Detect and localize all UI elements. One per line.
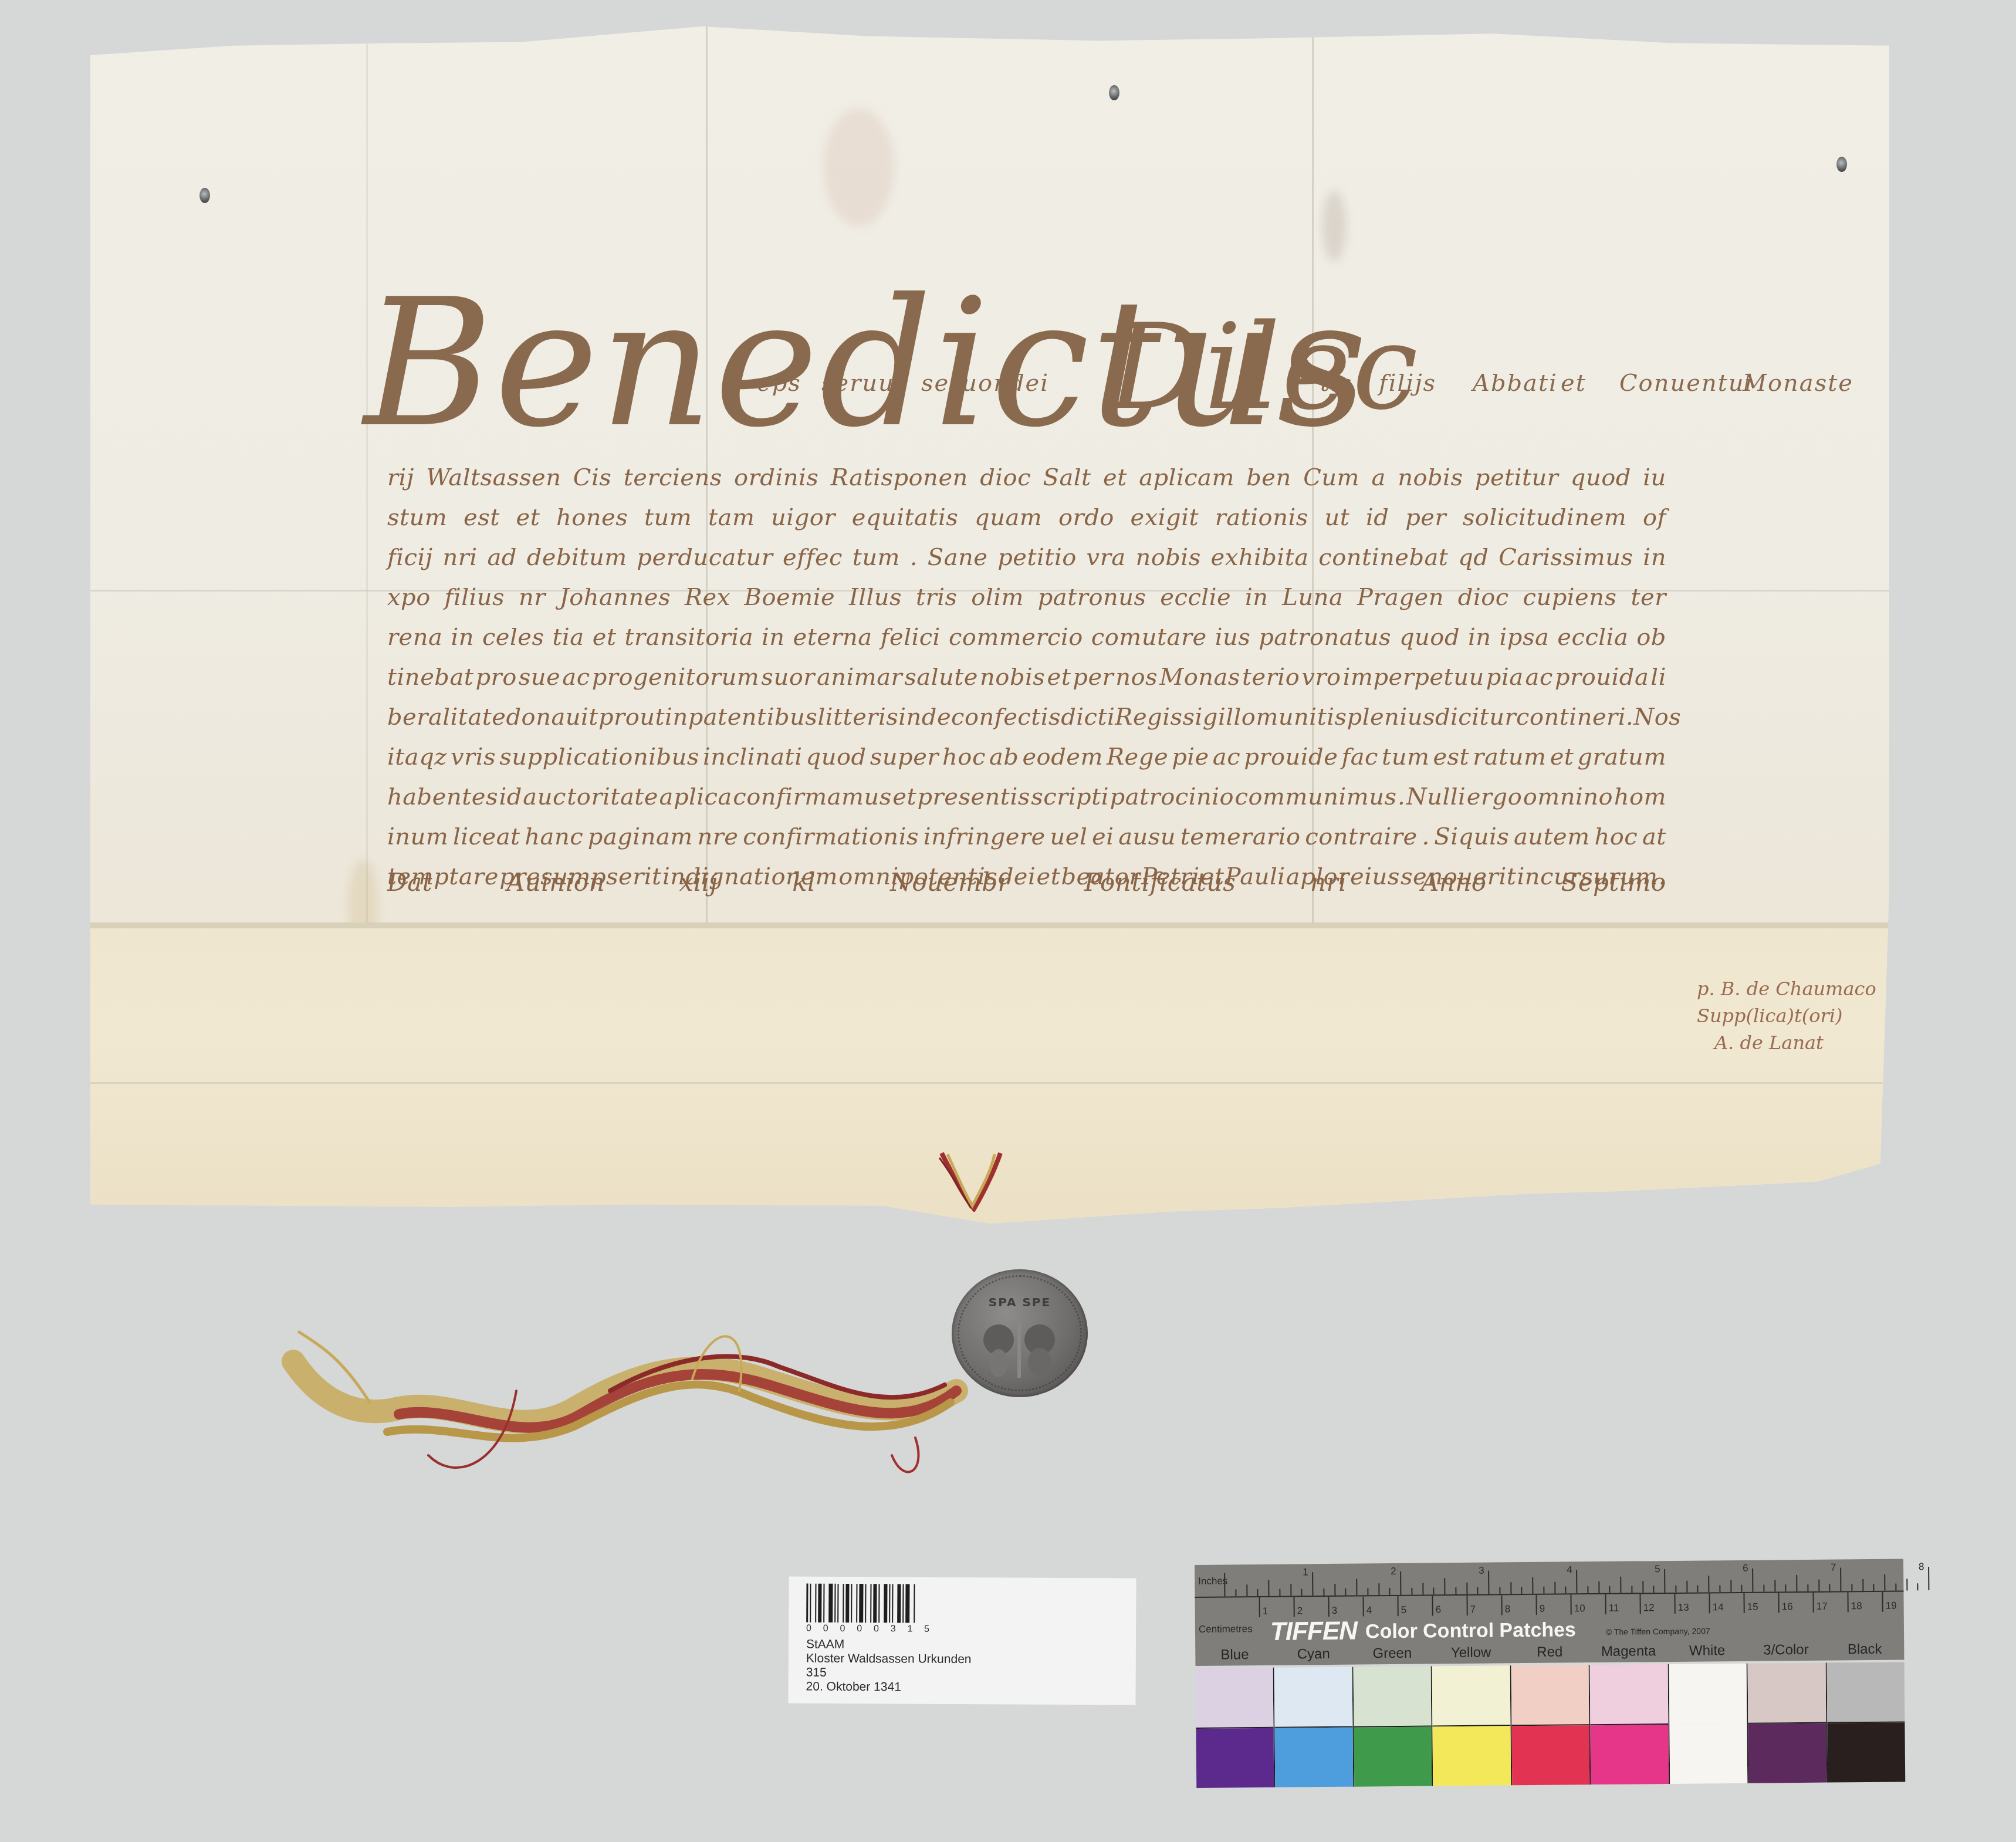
ruler-tick: [1709, 1593, 1710, 1613]
ruler-tick: [1785, 1584, 1787, 1591]
barcode-bar: [810, 1584, 811, 1623]
word: hanc: [525, 817, 583, 857]
word: fac: [1341, 737, 1378, 777]
lead-bulla-seal: SPA SPE: [952, 1269, 1088, 1397]
word: quam: [975, 498, 1042, 538]
word: xiij: [679, 863, 718, 903]
word: temerario: [1180, 817, 1301, 857]
word: ab: [989, 737, 1019, 777]
text-line: beralitatedonauitproutinpatentibuslitter…: [387, 697, 1666, 737]
word: comutare: [1091, 617, 1207, 657]
word: et: [1561, 370, 1587, 397]
barcode-bar: [873, 1584, 877, 1623]
initial-D: Dilec: [1109, 299, 1419, 436]
ruler-tick: [1752, 1569, 1753, 1592]
ruler-tick: [1664, 1569, 1665, 1593]
cm-tick-label: 2: [1297, 1605, 1303, 1617]
patch-label: Yellow: [1432, 1644, 1510, 1661]
word: nobis: [1398, 458, 1463, 498]
word: munitis: [1256, 697, 1347, 737]
word: dicitur: [1435, 697, 1516, 737]
barcode-bar: [897, 1584, 901, 1623]
ruler-tick: [1719, 1585, 1720, 1592]
word: ratum: [1473, 737, 1546, 777]
word: imperpetuu: [1343, 657, 1484, 697]
barcode-bar: [859, 1584, 863, 1623]
word: prouida: [1555, 657, 1649, 697]
inch-tick-label: 5: [1655, 1563, 1660, 1575]
cm-tick-label: 10: [1574, 1603, 1585, 1614]
word: in: [1245, 577, 1269, 617]
word: ficij: [387, 538, 433, 577]
mounting-hole: [199, 188, 210, 203]
ruler-tick: [1345, 1588, 1347, 1596]
silk-cord: [282, 1309, 986, 1502]
word: confirmationis: [743, 817, 919, 857]
cm-tick-label: 4: [1366, 1604, 1372, 1616]
stain: [1322, 191, 1346, 261]
word: confec: [951, 697, 1031, 737]
ruler-tick: [1884, 1574, 1885, 1591]
word: inum: [387, 817, 448, 857]
inch-tick-label: 6: [1743, 1563, 1748, 1574]
collection-name: Kloster Waldsassen Urkunden: [806, 1652, 972, 1667]
word: nobis: [1135, 538, 1200, 577]
word: equitatis: [852, 498, 959, 538]
patch-light: [1353, 1666, 1431, 1727]
ruler-tick: [1605, 1594, 1606, 1614]
ruler-tick: [1510, 1582, 1511, 1594]
word: ben: [1246, 458, 1291, 498]
word: cupiens: [1523, 577, 1617, 617]
word: Rege: [1107, 737, 1168, 777]
barcode-bar: [889, 1584, 890, 1623]
barcode-bar: [914, 1584, 915, 1623]
word: commercio: [949, 617, 1083, 657]
cm-tick-label: 8: [1505, 1603, 1511, 1615]
word: progenitorum: [592, 657, 760, 697]
ruler-tick: [1818, 1580, 1819, 1591]
ruler-tick: [1268, 1580, 1269, 1596]
digit: 0: [840, 1624, 845, 1634]
word: at: [1642, 817, 1666, 857]
seal-inscription: SPA SPE: [952, 1295, 1088, 1309]
word: Siquis: [1434, 817, 1509, 857]
ruler-tick: [1488, 1571, 1489, 1594]
word: Johannes: [560, 577, 671, 617]
ruler-tick: [1873, 1584, 1875, 1591]
word: dicti: [1061, 697, 1115, 737]
word: Illus: [849, 577, 902, 617]
word: tis: [1320, 370, 1352, 397]
word: tia: [553, 617, 584, 657]
word: salute: [904, 657, 978, 697]
word: Auinion: [507, 863, 605, 903]
word: est: [1433, 737, 1469, 777]
ruler-tick: [1631, 1586, 1632, 1593]
cm-tick-label: 12: [1643, 1602, 1655, 1614]
patch-column: [1748, 1663, 1828, 1783]
ruler-tick: [1301, 1588, 1303, 1596]
patch-dark: [1827, 1722, 1905, 1782]
word: in: [665, 697, 688, 737]
ruler-tick: [1367, 1588, 1368, 1595]
patch-dark: [1748, 1723, 1826, 1783]
inch-tick-label: 7: [1831, 1562, 1836, 1573]
word: Luna: [1282, 577, 1343, 617]
word: scripti: [1031, 777, 1109, 817]
word: ordo: [1058, 498, 1114, 538]
barcode-bar: [865, 1584, 866, 1623]
ruler-tick: [1455, 1587, 1456, 1594]
word: animar: [817, 657, 902, 697]
ruler-tick: [1796, 1575, 1797, 1591]
charter-text: rijWaltsassenCisterciensordinisRatispone…: [387, 458, 1666, 897]
cm-tick-label: 14: [1713, 1601, 1724, 1613]
ruler-tick: [1279, 1589, 1280, 1596]
ruler-tick: [1499, 1587, 1500, 1594]
patch-column: [1196, 1668, 1276, 1788]
word: qd: [1458, 538, 1489, 577]
word: in: [1643, 538, 1666, 577]
word: liceat: [453, 817, 520, 857]
word: rationis: [1215, 498, 1308, 538]
mounting-hole: [1109, 85, 1119, 100]
cm-tick-label: 17: [1817, 1601, 1828, 1613]
word: ius: [1215, 617, 1251, 657]
digit: 0: [857, 1624, 862, 1634]
word: eodem: [1022, 737, 1102, 777]
word: exigit: [1131, 498, 1199, 538]
word: stum: [387, 498, 447, 538]
ruler-tick: [1708, 1576, 1709, 1592]
ruler-tick: [1259, 1597, 1260, 1617]
word: quod: [806, 737, 867, 777]
ruler-tick: [1565, 1586, 1567, 1593]
ruler-tick: [1917, 1583, 1919, 1590]
ruler-tick: [1895, 1584, 1896, 1591]
word: ei: [1092, 817, 1114, 857]
annotation-line: p. B. de Chaumaco Supp(lica)t(ori): [1697, 975, 2016, 1029]
word: li: [1650, 657, 1666, 697]
dating-line: Dat Auinion xiij kl Nouembr Pontificatus…: [387, 863, 1666, 903]
word: continebat: [1318, 538, 1448, 577]
word: nr: [519, 577, 546, 617]
word: habentes: [387, 777, 498, 817]
word: filius: [445, 577, 505, 617]
word: litteris: [817, 697, 898, 737]
word: patronatus: [1259, 617, 1391, 657]
ruler-tick: [1466, 1596, 1467, 1615]
word: tam: [708, 498, 755, 538]
ruler-tick: [1411, 1588, 1412, 1595]
word: pie: [1172, 737, 1209, 777]
word: confirmamus: [733, 777, 891, 817]
ruler-tick: [1501, 1595, 1502, 1615]
word: Nouembr: [890, 863, 1010, 903]
patch-label: Red: [1510, 1644, 1589, 1661]
patch-label: White: [1668, 1642, 1747, 1660]
ruler-tick: [1570, 1594, 1571, 1614]
word: et: [516, 498, 540, 538]
ruler-tick: [1686, 1581, 1687, 1593]
ruler-tick: [1224, 1573, 1225, 1597]
word: tis: [1031, 697, 1061, 737]
word: supplicationibus: [499, 737, 699, 777]
text-line: inumliceathancpaginamnreconfirmationisin…: [387, 817, 1666, 857]
word: exhibita: [1210, 538, 1308, 577]
patch-dark: [1433, 1726, 1511, 1786]
patch-dark: [1511, 1725, 1589, 1785]
ruler-tick: [1328, 1597, 1329, 1617]
ruler-tick: [1807, 1584, 1808, 1591]
word: super: [870, 737, 939, 777]
inch-tick-label: 1: [1303, 1566, 1308, 1578]
cm-tick-label: 13: [1678, 1602, 1689, 1614]
word: ordinis: [734, 458, 818, 498]
ruler-tick: [1293, 1597, 1294, 1617]
word: patronus: [1038, 577, 1146, 617]
word: ac: [562, 657, 590, 697]
ruler-tick: [1847, 1592, 1848, 1612]
word: Boemie: [745, 577, 836, 617]
cm-tick-label: 9: [1540, 1603, 1545, 1615]
word: hones: [556, 498, 628, 538]
word: terio: [1242, 657, 1300, 697]
word: inde: [898, 697, 951, 737]
patch-column: [1590, 1664, 1670, 1784]
ruler-tick: [1851, 1584, 1852, 1591]
word: paginam: [588, 817, 693, 857]
word: gratum: [1577, 737, 1666, 777]
ruler-tick: [1653, 1586, 1655, 1593]
barcode: [806, 1584, 929, 1623]
word: Septimo: [1561, 863, 1666, 903]
word: .: [1626, 697, 1633, 737]
patch-light: [1669, 1664, 1747, 1724]
word: itaqz: [387, 737, 447, 777]
patch-label: Green: [1353, 1645, 1432, 1662]
text-line: habentesidauctoritateaplicaconfirmamuset…: [387, 777, 1666, 817]
word: omnino: [1523, 777, 1613, 817]
word: Cis: [573, 458, 611, 498]
word: contineri: [1516, 697, 1626, 737]
word: ac: [1525, 657, 1553, 697]
barcode-bar: [892, 1584, 893, 1623]
word: auc: [523, 777, 566, 817]
word: Waltsassen: [426, 458, 561, 498]
chancery-annotation: p. B. de Chaumaco Supp(lica)t(ori) A. de…: [1697, 975, 2016, 1056]
word: in: [762, 617, 785, 657]
word: petitur: [1475, 458, 1559, 498]
ruler-tick: [1774, 1580, 1775, 1591]
patch-label: Magenta: [1589, 1643, 1667, 1660]
word: suor: [761, 657, 815, 697]
patch-label: Blue: [1195, 1647, 1274, 1664]
ruler-tick: [1928, 1567, 1929, 1590]
ruler-tick: [1521, 1587, 1523, 1594]
word: Monaste: [1743, 370, 1853, 397]
word: nre: [697, 817, 738, 857]
document-number: 315: [806, 1666, 972, 1681]
ruler-tick: [1906, 1579, 1907, 1590]
patch-dark: [1275, 1728, 1353, 1787]
digit: 0: [823, 1624, 828, 1634]
color-patches: [1196, 1662, 1906, 1788]
inch-ruler: Inches 12345678: [1195, 1559, 1903, 1598]
word: felici: [881, 617, 941, 657]
word: a: [1371, 458, 1385, 498]
barcode-digits: 0 0 0 0 0 3 1 5: [806, 1624, 929, 1635]
word: vris: [451, 737, 496, 777]
ruler-tick: [1674, 1594, 1675, 1614]
cm-tick-label: 7: [1470, 1604, 1476, 1615]
text-line: renaincelestiaettransitoriaineternafelic…: [387, 617, 1666, 657]
barcode-bar: [905, 1584, 909, 1623]
patch-column: [1826, 1662, 1905, 1782]
ruler-tick: [1432, 1596, 1433, 1615]
digit: 3: [891, 1624, 896, 1634]
ruler-tick: [1743, 1593, 1744, 1613]
word: rij: [387, 458, 414, 498]
inch-tick-label: 8: [1919, 1561, 1924, 1573]
patch-column: [1669, 1664, 1748, 1784]
word: dioc: [980, 458, 1031, 498]
cm-tick-label: 3: [1332, 1605, 1338, 1617]
word: ecclie: [1160, 577, 1231, 617]
ruler-tick: [1235, 1589, 1236, 1596]
ruler-tick: [1675, 1586, 1676, 1593]
ruler-tick: [1477, 1587, 1479, 1594]
patch-light: [1748, 1663, 1826, 1724]
apostle-heads-icon: [975, 1316, 1063, 1381]
ruler-tick: [1829, 1584, 1831, 1591]
word: xpo: [387, 577, 431, 617]
cm-tick-label: 15: [1747, 1601, 1758, 1613]
word: in: [451, 617, 474, 657]
word: Dat: [387, 863, 432, 903]
ruler-tick: [1400, 1571, 1401, 1595]
word: filijs: [1379, 370, 1436, 397]
archive-name: StAAM: [806, 1638, 972, 1652]
word: uel: [1050, 817, 1088, 857]
ruler-tick: [1378, 1583, 1379, 1595]
ruler-tick: [1763, 1585, 1764, 1592]
chart-title: Color Control Patches: [1365, 1618, 1576, 1643]
ruler-tick: [1778, 1593, 1779, 1613]
word: tris: [916, 577, 958, 617]
word: ter: [1631, 577, 1666, 617]
document-date: 20. Oktober 1341: [806, 1680, 972, 1695]
word: ipsa: [1500, 617, 1550, 657]
word: solicitudinem: [1463, 498, 1627, 538]
word: vro: [1301, 657, 1341, 697]
ruler-tick: [1422, 1583, 1423, 1595]
word: nobis: [980, 657, 1045, 697]
cord-loop: [936, 1147, 1006, 1212]
word: iu: [1643, 458, 1666, 498]
word: nri: [1310, 863, 1347, 903]
word: Cum: [1303, 458, 1359, 498]
text-line: ficijnriaddebitumperducatureffectum.Sane…: [387, 538, 1666, 577]
word: patrocinio: [1110, 777, 1234, 817]
patch-column: [1353, 1666, 1433, 1786]
word: transitoria: [624, 617, 753, 657]
ruler-tick: [1362, 1596, 1364, 1616]
word: Carissimus: [1499, 538, 1633, 577]
ruler-tick: [1741, 1585, 1743, 1592]
inch-tick-label: 3: [1479, 1565, 1484, 1577]
word: sigillo: [1183, 697, 1256, 737]
mounting-hole: [1836, 157, 1847, 172]
ruler-tick: [1587, 1586, 1588, 1593]
barcode-bar: [902, 1584, 904, 1623]
word: communimus: [1235, 777, 1397, 817]
patch-light: [1511, 1665, 1589, 1726]
ruler-tick: [1535, 1595, 1537, 1615]
digit: 0: [806, 1624, 811, 1634]
word: seruor: [921, 370, 1006, 397]
word: nos: [1115, 657, 1158, 697]
word: kl: [792, 863, 816, 903]
barcode-bar: [851, 1584, 852, 1623]
word: inclinati: [703, 737, 803, 777]
patch-column: [1432, 1665, 1512, 1786]
ruler-tick: [1334, 1584, 1335, 1596]
ruler-tick: [1433, 1587, 1435, 1594]
word: tinebat: [387, 657, 473, 697]
barcode-bar: [834, 1584, 836, 1623]
word: debitum: [527, 538, 627, 577]
text-line: xpofiliusnrJohannesRexBoemieIllustrisoli…: [387, 577, 1666, 617]
barcode-bar: [878, 1584, 880, 1623]
ruler-tick: [1290, 1584, 1291, 1596]
word: Sane: [928, 538, 988, 577]
word: hom: [1614, 777, 1666, 817]
word: petitio: [997, 538, 1077, 577]
stain: [824, 109, 894, 226]
ruler-tick: [1532, 1577, 1533, 1594]
word: Abbati: [1473, 370, 1558, 397]
ruler-tick: [1397, 1596, 1398, 1616]
word: Monas: [1159, 657, 1240, 697]
word: ergo: [1467, 777, 1522, 817]
barcode-bar: [845, 1584, 849, 1623]
word: eps: [757, 370, 801, 397]
word: ausu: [1118, 817, 1176, 857]
inches-label: Inches: [1198, 1576, 1227, 1587]
word: nri: [442, 538, 477, 577]
word: in: [1468, 617, 1491, 657]
digit: 0: [874, 1624, 879, 1634]
word: tum: [644, 498, 692, 538]
word: terciens: [624, 458, 722, 498]
word: aplicam: [1139, 458, 1234, 498]
barcode-bar: [870, 1584, 871, 1623]
word: ecclia: [1557, 617, 1628, 657]
ruler-tick: [1389, 1588, 1391, 1595]
text-line: itaqzvrissupplicationibusinclinatiquodsu…: [387, 737, 1666, 777]
word: tum: [853, 538, 900, 577]
word: prouide: [1244, 737, 1338, 777]
word: autem: [1514, 817, 1590, 857]
word: quod: [1571, 458, 1631, 498]
chart-header: Inches 12345678 123456789101112131415161…: [1195, 1559, 1904, 1666]
ruler-tick: [1543, 1587, 1544, 1594]
archive-label: 0 0 0 0 0 3 1 5 StAAM Kloster Waldsassen…: [788, 1576, 1136, 1705]
word: uigor: [771, 498, 836, 538]
word: sue: [519, 657, 560, 697]
